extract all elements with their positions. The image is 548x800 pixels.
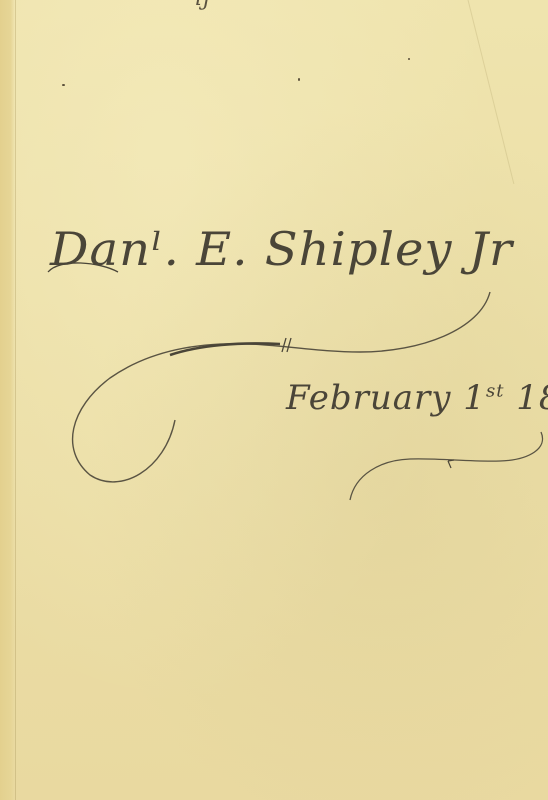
flourish-tick-marks bbox=[282, 338, 291, 352]
date-year: 1868. bbox=[516, 378, 548, 418]
signature-date: February 1st 1868. bbox=[286, 378, 548, 418]
document-page: ij Danˡ. E. Shipley Jr February 1st 1868… bbox=[0, 0, 548, 800]
signature-name: Danˡ. E. Shipley Jr bbox=[50, 223, 513, 276]
date-ordinal-suffix: st bbox=[486, 381, 504, 402]
flourish-date-tick bbox=[448, 460, 454, 468]
flourish-date-underline bbox=[350, 432, 543, 500]
date-month-day: February 1 bbox=[286, 378, 486, 418]
